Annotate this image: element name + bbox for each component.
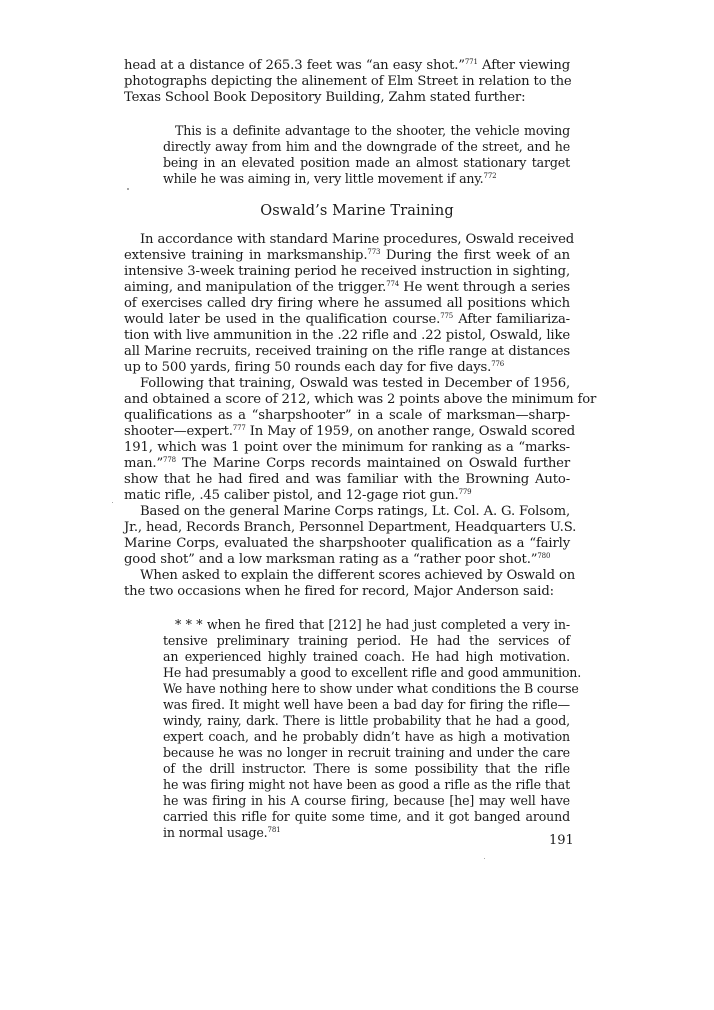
paragraph-line: matic rifle, .45 caliber pistol, and 12-… [124, 488, 570, 504]
paragraph-line: up to 500 yards, firing 50 rounds each d… [124, 360, 570, 376]
paragraph-line: 191, which was 1 point over the minimum … [124, 440, 570, 456]
paragraph-line: Based on the general Marine Corps rating… [140, 504, 570, 520]
section-title: Oswald’s Marine Training [0, 203, 714, 219]
quote-line: tensive preliminary training period. He … [163, 633, 570, 649]
scan-speck [484, 858, 485, 859]
quote-line: of the drill instructor. There is some p… [163, 761, 570, 777]
paragraph-line: and obtained a score of 212, which was 2… [124, 392, 570, 408]
paragraph-line: show that he had fired and was familiar … [124, 472, 570, 488]
quote-line: because he was no longer in recruit trai… [163, 745, 570, 761]
paragraph-line: In accordance with standard Marine proce… [140, 232, 570, 248]
paragraph-line: tion with live ammunition in the .22 rif… [124, 328, 570, 344]
quote-line: He had presumably a good to excellent ri… [163, 665, 570, 681]
quote-line: We have nothing here to show under what … [163, 681, 570, 697]
footnote-ref: 775 [440, 312, 453, 320]
paragraph-line: all Marine recruits, received training o… [124, 344, 570, 360]
paragraph-line: qualifications as a “sharpshooter” in a … [124, 408, 570, 424]
footnote-ref: 779 [459, 488, 472, 496]
footnote-ref: 774 [386, 280, 399, 288]
footnote-ref: 778 [163, 456, 176, 464]
quote-line: he was firing might not have been as goo… [163, 777, 570, 793]
quote-line: he was firing in his A course firing, be… [163, 793, 570, 809]
intro-line: head at a distance of 265.3 feet was “an… [124, 58, 570, 74]
quote-line: expert coach, and he probably didn’t hav… [163, 729, 570, 745]
paragraph-line: intensive 3-week training period he rece… [124, 264, 570, 280]
paragraph-line: Following that training, Oswald was test… [140, 376, 570, 392]
footnote-ref: 777 [233, 424, 246, 432]
quote-line: in normal usage.781 [163, 825, 570, 841]
footnote-ref: 773 [367, 248, 380, 256]
intro-line: Texas School Book Depository Building, Z… [124, 90, 570, 106]
page-number: 191 [549, 833, 574, 848]
paragraph-line: shooter—expert.777 In May of 1959, on an… [124, 424, 570, 440]
intro-line: photographs depicting the alinement of E… [124, 74, 570, 90]
scan-speck [127, 188, 129, 190]
quote-line: This is a definite advantage to the shoo… [175, 123, 570, 139]
footnote-ref: 776 [491, 360, 504, 368]
footnote-ref: 781 [268, 826, 281, 834]
paragraph-line: When asked to explain the different scor… [140, 568, 570, 584]
paragraph-line: aiming, and manipulation of the trigger.… [124, 280, 570, 296]
quote-line: an experienced highly trained coach. He … [163, 649, 570, 665]
quote-line: directly away from him and the downgrade… [163, 139, 570, 155]
paragraph-line: would later be used in the qualification… [124, 312, 570, 328]
paragraph-line: extensive training in marksmanship.773 D… [124, 248, 570, 264]
quote-line: carried this rifle for quite some time, … [163, 809, 570, 825]
footnote-ref: 780 [537, 552, 550, 560]
footnote-ref: 771 [465, 58, 478, 66]
footnote-ref: 772 [484, 172, 497, 180]
quote-line: while he was aiming in, very little move… [163, 171, 570, 187]
paragraph-line: the two occasions when he fired for reco… [124, 584, 570, 600]
quote-line: * * * when he fired that [212] he had ju… [175, 617, 570, 633]
paragraph-line: of exercises called dry firing where he … [124, 296, 570, 312]
scan-speck [112, 502, 113, 503]
quote-line: was fired. It might well have been a bad… [163, 697, 570, 713]
paragraph-line: Jr., head, Records Branch, Personnel Dep… [124, 520, 570, 536]
quote-line: being in an elevated position made an al… [163, 155, 570, 171]
document-page: head at a distance of 265.3 feet was “an… [0, 0, 714, 1010]
paragraph-line: good shot” and a low marksman rating as … [124, 552, 570, 568]
paragraph-line: man.”778 The Marine Corps records mainta… [124, 456, 570, 472]
paragraph-line: Marine Corps, evaluated the sharpshooter… [124, 536, 570, 552]
quote-line: windy, rainy, dark. There is little prob… [163, 713, 570, 729]
